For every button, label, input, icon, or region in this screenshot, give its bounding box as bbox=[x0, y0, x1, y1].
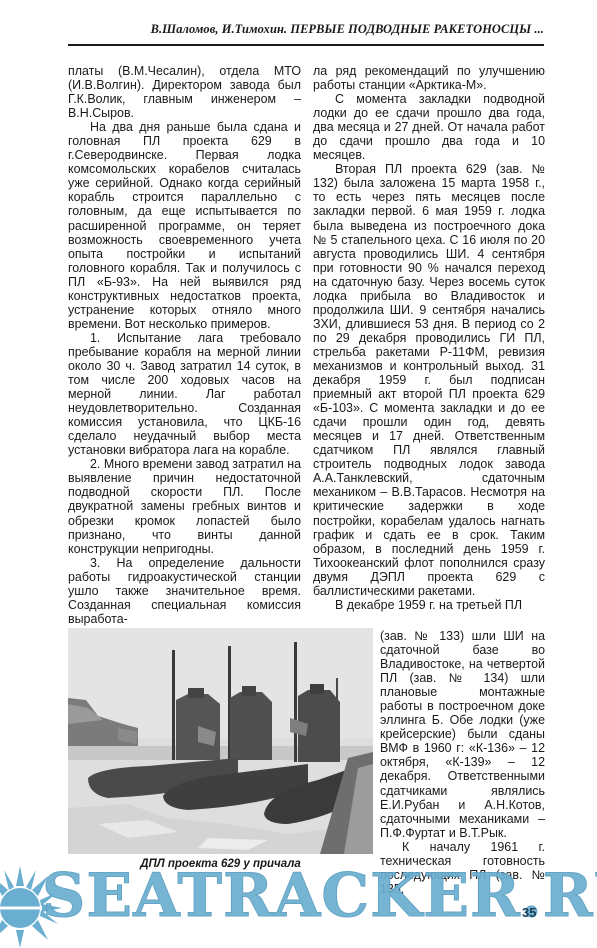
paragraph: С момента закладки подводной лодки до ее… bbox=[313, 92, 545, 162]
paragraph: 1. Испытание лага требовало пребывание к… bbox=[68, 331, 301, 457]
paragraph: 3. На определение дальности работы гидро… bbox=[68, 556, 301, 626]
right-text-column: ла ряд рекомендаций по улучшению работы … bbox=[313, 64, 545, 612]
right-text-column-wrap: (зав. № 133) шли ШИ на сдаточной базе во… bbox=[380, 629, 545, 896]
left-text-column: платы (В.М.Чесалин), отдела МТО (И.В.Вол… bbox=[68, 64, 301, 626]
paragraph: На два дня раньше была сдана и головная … bbox=[68, 120, 301, 331]
header-rule bbox=[68, 44, 544, 46]
page-number: 35 bbox=[522, 905, 536, 920]
paragraph: Вторая ПЛ проекта 629 (зав. № 132) была … bbox=[313, 162, 545, 597]
submarines-photo-image bbox=[68, 628, 373, 854]
running-header-title: В.Шаломов, И.Тимохин. ПЕРВЫЕ ПОДВОДНЫЕ Р… bbox=[68, 22, 544, 37]
paragraph: 2. Много времени завод затратил на выявл… bbox=[68, 457, 301, 555]
paragraph: В декабре 1959 г. на третьей ПЛ bbox=[313, 598, 545, 612]
watermark-text: SEATRACKER.RU bbox=[42, 866, 597, 926]
paragraph: платы (В.М.Чесалин), отдела МТО (И.В.Вол… bbox=[68, 64, 301, 120]
paragraph: (зав. № 133) шли ШИ на сдаточной базе во… bbox=[380, 629, 545, 840]
submarines-photo bbox=[68, 628, 373, 854]
paragraph: ла ряд рекомендаций по улучшению работы … bbox=[313, 64, 545, 92]
